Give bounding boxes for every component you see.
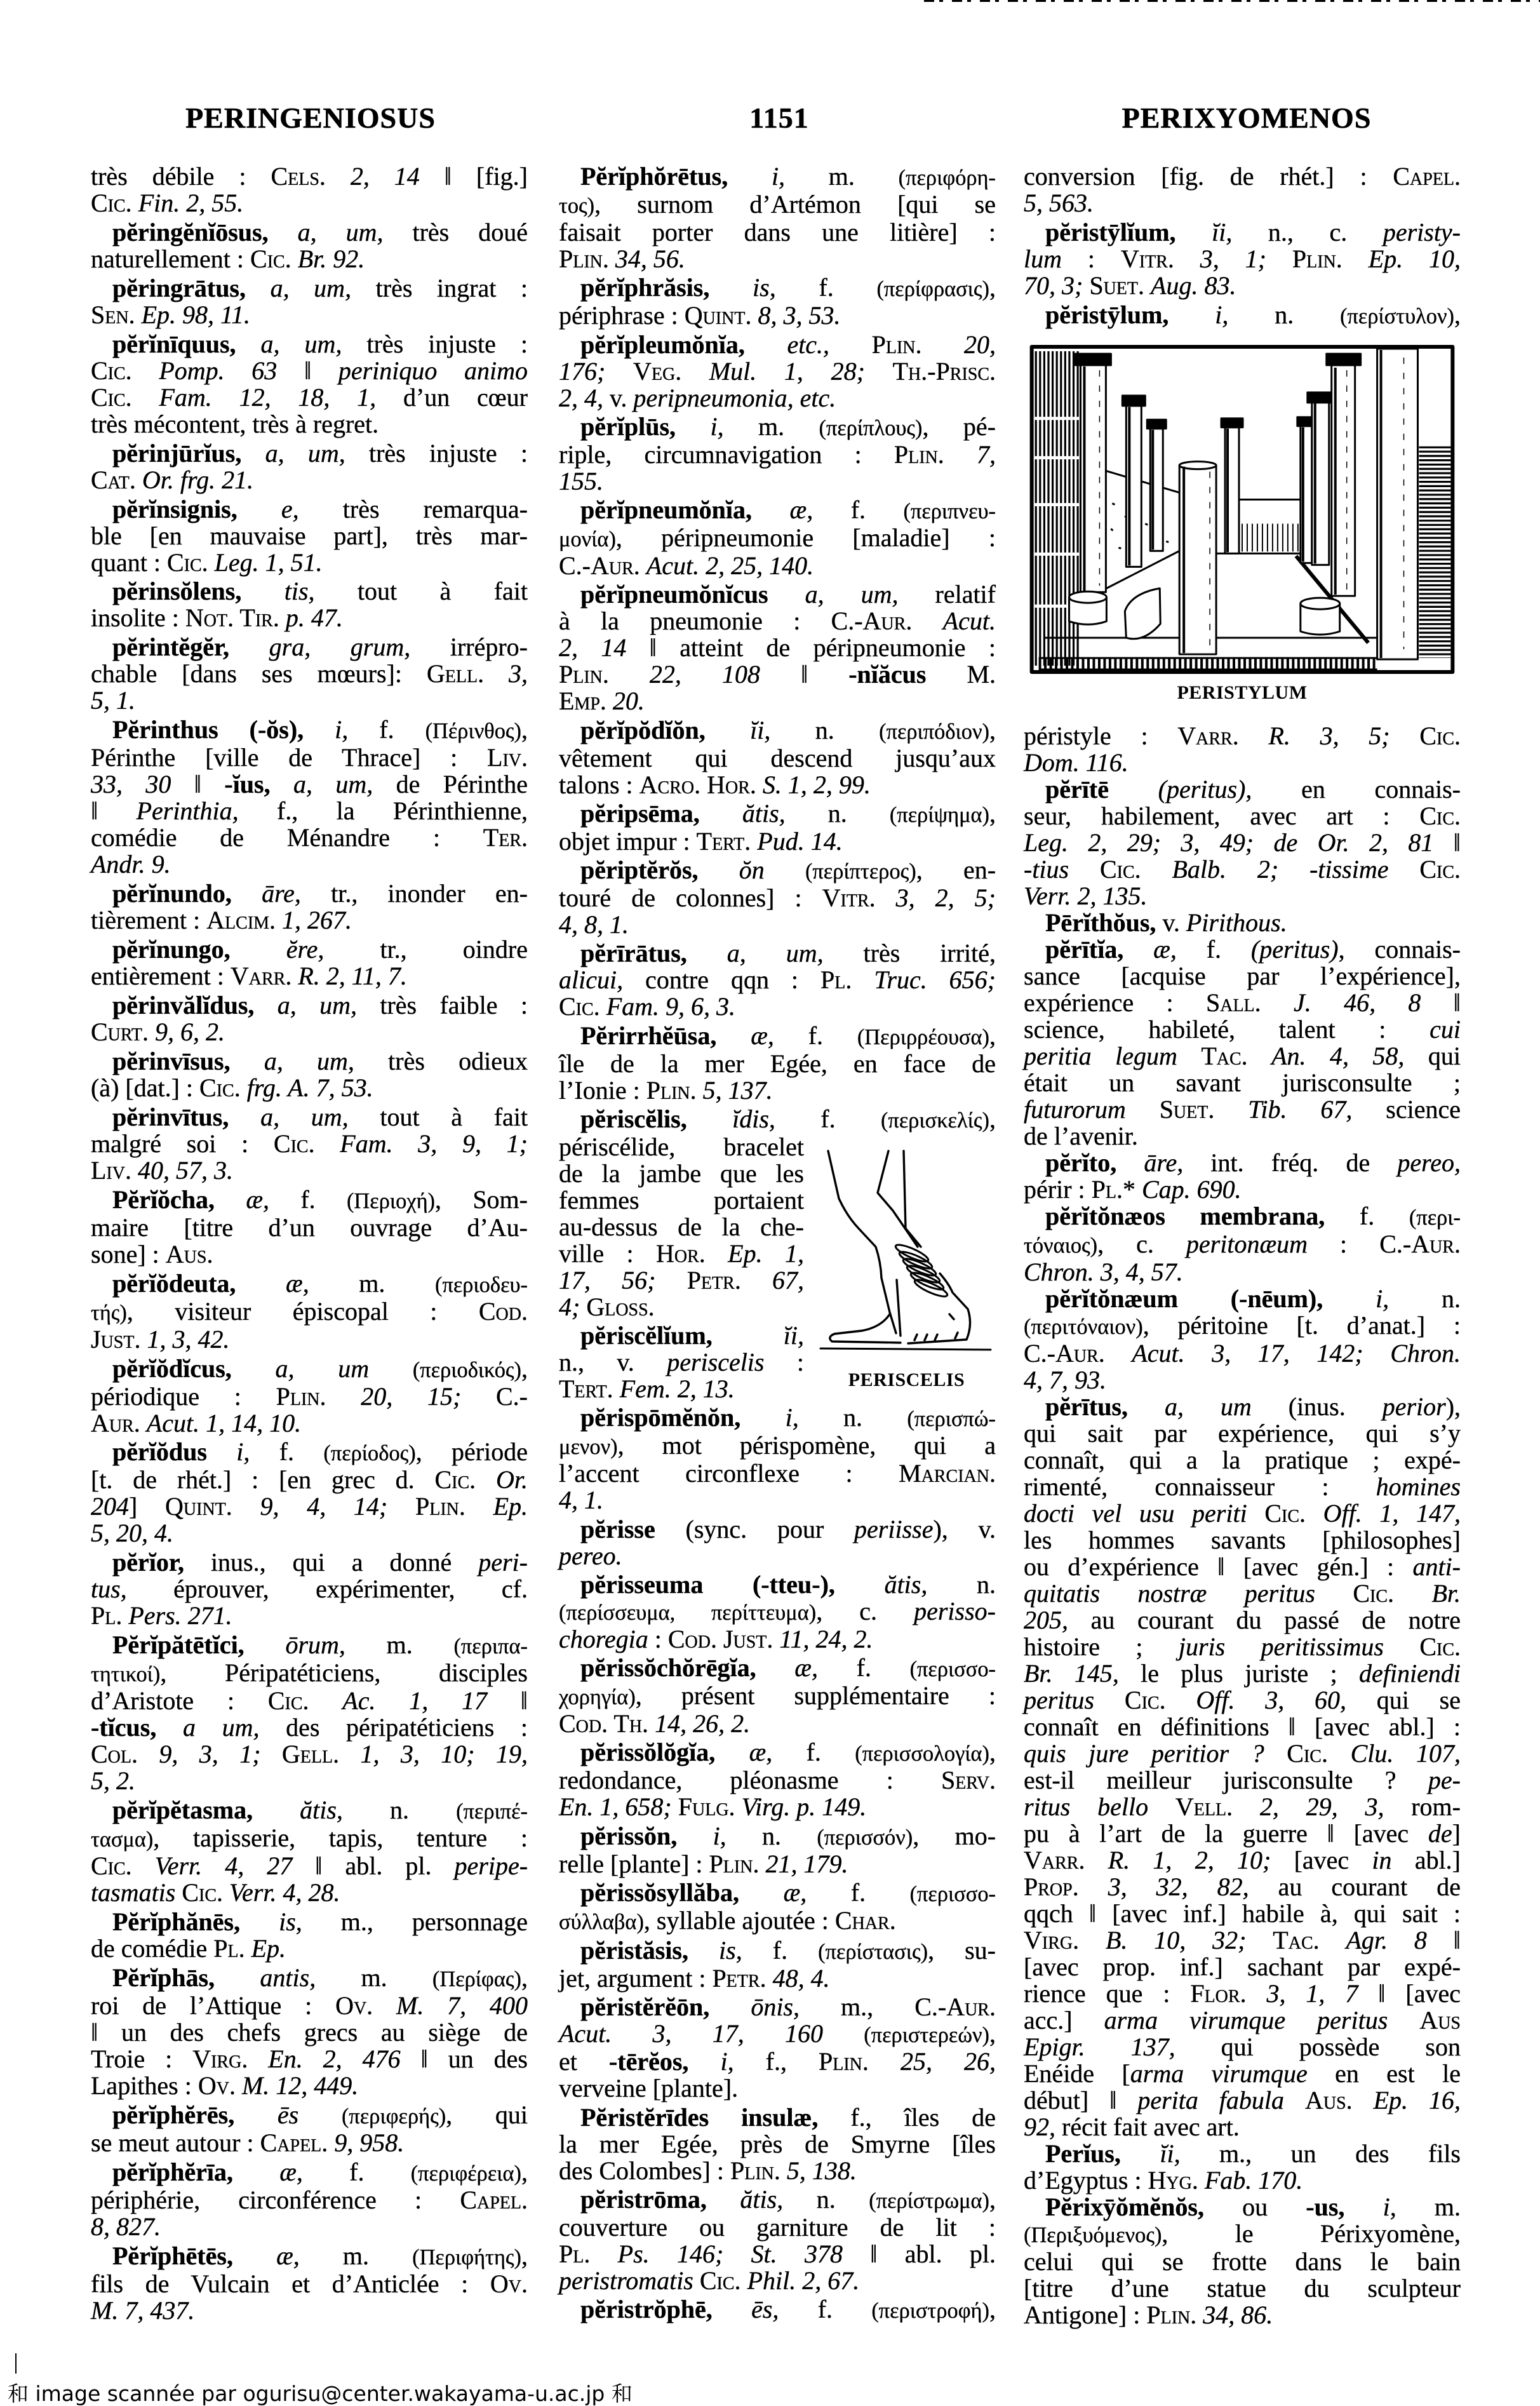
text-line: fils de Vulcain et d’Anticlée : Ov.: [91, 2271, 528, 2297]
author-abbreviation: Pl.: [559, 2240, 590, 2268]
italic-text: periniquo animo: [338, 356, 528, 385]
text-line: 5, 1.: [91, 687, 528, 714]
text-run: ,: [989, 716, 996, 744]
text-line: pĕrĭnsignis, e, très remarqua-: [91, 496, 528, 523]
italic-text: alicui,: [559, 965, 623, 994]
dictionary-entry: pĕrissŏsyllăba, æ, f. (περισσο-σύλλαβα),…: [559, 1879, 996, 1935]
text-line: périodique : Plin. 20, 15; C.-: [91, 1383, 528, 1410]
text-run: ]: [1452, 1819, 1461, 1848]
text-run: m.: [316, 1963, 432, 1992]
author-abbreviation: Plin.: [646, 1076, 697, 1105]
headword: Pĕrĭŏcha,: [112, 1185, 215, 1214]
text-line: pĕrisse (sync. pour periisse), v.: [559, 1516, 996, 1543]
italic-text: 20.: [613, 687, 645, 715]
text-run: [1246, 1926, 1273, 1954]
text-run: [773, 1625, 779, 1653]
italic-text: is,: [753, 273, 776, 302]
text-line: futurorum Suet. Tib. 67, science: [1024, 1096, 1461, 1123]
author-abbreviation: Suet.: [1160, 1095, 1215, 1124]
italic-text: i,: [1376, 1284, 1389, 1313]
author-abbreviation: Cic.: [1353, 1579, 1394, 1608]
text-run: , tapisserie, tapis, tenture :: [153, 1824, 528, 1852]
text-run: [241, 439, 265, 467]
text-run: pu à l’art de la guerre ‖ [avec: [1024, 1819, 1428, 1848]
text-line: Pl. Ps. 146; St. 378 ‖ abl. pl.: [559, 2241, 996, 2268]
text-run: , pé-: [923, 412, 996, 441]
headword: pĕrĭphrăsis,: [580, 273, 709, 302]
text-run: [922, 330, 965, 359]
text-run: [1144, 271, 1151, 300]
text-run: [1126, 1095, 1160, 1124]
scan-credit-footer: 和 image scannée par ogurisu@center.wakay…: [8, 2381, 633, 2406]
text-run: et: [559, 2047, 609, 2076]
italic-text: 20, 15;: [361, 1382, 461, 1411]
text-run: [122, 1601, 128, 1630]
text-run: ‖ un des: [401, 2045, 528, 2073]
italic-text: 5, 20, 4.: [91, 1519, 173, 1547]
text-run: [titre d’une statue du sculpteur: [1024, 2274, 1461, 2302]
text-line: pĕripsēma, ătis, n. (περίψημα),: [559, 800, 996, 828]
text-run: [876, 884, 896, 912]
author-abbreviation: Liv.: [487, 743, 528, 772]
text-line: n., v. periscelis :: [559, 1349, 804, 1376]
italic-text: Dom. 116.: [1024, 748, 1128, 777]
italic-text: tasmatis: [91, 1878, 175, 1907]
greek-text: (περιφερής): [342, 2104, 446, 2128]
text-run: [648, 1709, 655, 1738]
dictionary-entry: pĕriscĕlis, ĭdis, f. (περισκελίς),périsc…: [559, 1106, 996, 1321]
text-run: récit fait avec art.: [1055, 2113, 1240, 2141]
italic-text: ĕre,: [286, 935, 325, 964]
greek-text: (περιπνευ-: [904, 499, 996, 523]
author-abbreviation: Cic.: [274, 1129, 315, 1158]
text-line: peritia legum Tac. An. 4, 58, qui: [1024, 1043, 1461, 1070]
column-3-top: conversion [fig. de rhét.] : Capel.5, 56…: [1024, 163, 1461, 330]
text-run: périr :: [1024, 1175, 1092, 1204]
greek-text: (περιοδικός): [413, 1358, 521, 1382]
text-run: [238, 495, 281, 523]
dictionary-entry: pĕringĕnĭōsus, a, um, très douénaturelle…: [91, 219, 528, 272]
italic-text: 2, 4,: [559, 384, 603, 412]
headword: pĕristăsis,: [580, 1936, 688, 1965]
dictionary-entry: pĕrĭpleumŏnĭa, etc., Plin. 20,176; Veg. …: [559, 332, 996, 412]
text-run: [912, 607, 942, 635]
author-abbreviation: Ov.: [335, 1991, 373, 2020]
italic-text: 48, 4.: [773, 1964, 830, 1993]
text-line: d’Egyptus : Hyg. Fab. 170.: [1024, 2167, 1461, 2194]
author-abbreviation: C.-Aur.: [831, 607, 913, 635]
author-abbreviation: Cic.: [199, 1073, 241, 1102]
headword: pĕrinvītus,: [112, 1103, 229, 1131]
text-run: [751, 301, 758, 330]
headword: pĕrīrātus,: [580, 939, 687, 967]
text-run: femmes portaient: [559, 1186, 804, 1214]
text-run: ,: [989, 1738, 996, 1766]
text-run: [1128, 1392, 1165, 1421]
text-run: très faible :: [357, 991, 528, 1019]
italic-text: Ps. 146; St. 378: [618, 2240, 843, 2268]
italic-text: 3,: [509, 659, 528, 688]
text-run: [avec prop. inf.] sachant par expé-: [1024, 1952, 1461, 1981]
text-line: [titre d’une statue du sculpteur: [1024, 2275, 1461, 2302]
text-run: :: [648, 1625, 668, 1653]
italic-text: a, um: [1165, 1392, 1252, 1421]
text-run: [1390, 722, 1420, 750]
greek-text: μενον): [559, 1435, 618, 1459]
italic-text: peristromatis: [559, 2266, 693, 2295]
text-run: [676, 412, 710, 441]
text-run: v.: [603, 384, 633, 412]
text-run: au courant de: [1249, 1872, 1461, 1901]
italic-text: a, um,: [261, 330, 342, 358]
text-run: se meut autour :: [91, 2128, 260, 2157]
italic-text: R. 3, 5;: [1268, 722, 1389, 750]
text-run: [741, 1266, 772, 1294]
text-run: très remarqua-: [299, 495, 528, 523]
text-run: [1353, 2086, 1374, 2114]
text-run: [229, 1103, 260, 1131]
headword: pĕristrŏphē,: [580, 2295, 713, 2323]
dictionary-entry: pĕrĭpneumŏnĭa, æ, f. (περιπνευ-μονία), p…: [559, 497, 996, 579]
italic-text: æ,: [790, 495, 814, 524]
text-line: 33, 30 ‖ -ĭus, a, um, de Périnthe: [91, 771, 528, 798]
text-run: [328, 2128, 334, 2157]
text-run: très ingrat :: [351, 274, 528, 302]
italic-text: Leg. 1, 51.: [215, 548, 323, 577]
text-run: [234, 2100, 278, 2129]
dictionary-entry: Pĕrixȳŏmĕnŏs, ou -us, i, m.(Περιξυόμενος…: [1024, 2194, 1461, 2329]
author-abbreviation: Plin.: [872, 330, 922, 359]
italic-text: -tius: [1024, 855, 1069, 884]
italic-text: Verr. 2, 135.: [1024, 882, 1147, 910]
text-run: [244, 1630, 286, 1659]
text-run: [245, 1934, 251, 1963]
author-abbreviation: C.-Aur.: [1024, 1339, 1105, 1368]
text-run: n.: [783, 2185, 869, 2214]
text-run: [852, 965, 874, 994]
text-run: en connais-: [1252, 775, 1461, 803]
author-abbreviation: Cic.: [434, 1465, 476, 1494]
text-line: 5, 563.: [1024, 190, 1461, 217]
dictionary-page: PERINGENIOSUS 1151 PERIXYOMENOS très déb…: [0, 0, 1540, 2406]
text-line: pĕrissŏn, i, n. (περισσόν), mo-: [559, 1823, 996, 1851]
headword: pĕrinvălĭdus,: [112, 991, 254, 1019]
author-abbreviation: Cic.: [167, 548, 208, 577]
text-line: Pĕrĭphētēs, æ, m. (Περιφήτης),: [91, 2243, 528, 2271]
text-line: Cic. Fam. 9, 6, 3.: [559, 993, 996, 1020]
author-abbreviation: Cic.: [91, 189, 132, 217]
text-run: [759, 1850, 765, 1878]
text-run: ‖: [171, 770, 224, 798]
italic-text: perior: [1383, 1392, 1446, 1421]
greek-text: (περίοδος): [323, 1441, 415, 1465]
text-run: périodique :: [91, 1382, 276, 1411]
italic-text: Acut. 2, 25, 140.: [646, 551, 814, 580]
italic-text: homines: [1376, 1472, 1461, 1501]
text-run: [326, 1382, 361, 1411]
text-run: [240, 1907, 279, 1936]
italic-text: Fam. 3, 9, 1;: [340, 1129, 528, 1158]
italic-text: ĭi,: [1212, 218, 1232, 246]
text-line: Pĕrirrhĕūsa, æ, f. (Περιρρέουσα),: [559, 1023, 996, 1051]
text-line: τόναιος), c. peritonæum : C.-Aur.: [1024, 1231, 1461, 1259]
italic-text: 8, 3, 53.: [758, 301, 840, 330]
text-line: pĕrinjūrĭus, a, um, très injuste :: [91, 440, 528, 467]
text-run: verveine [plante].: [559, 2074, 738, 2102]
dictionary-entry: pĕrissŏlŏgĭa, æ, f. (περισσολογία),redon…: [559, 1739, 996, 1820]
text-line: Virg. B. 10, 32; Tac. Agr. 8 ‖: [1024, 1927, 1461, 1954]
text-line: naturellement : Cic. Br. 92.: [91, 246, 528, 272]
italic-text: 21, 179.: [765, 1850, 848, 1878]
italic-text: peritonæum: [1186, 1230, 1308, 1258]
headword: -nĭăcus: [848, 660, 926, 689]
dictionary-entry: pĕrĭpneumŏnĭcus a, um, relatifà la pneum…: [559, 581, 996, 715]
italic-text: i,: [1383, 2193, 1396, 2221]
text-run: (à) [dat.] :: [91, 1073, 199, 1102]
text-line: maire [titre d’un ouvrage d’Au-: [91, 1214, 528, 1241]
text-line: périphrase : Quint. 8, 3, 53.: [559, 302, 996, 329]
italic-text: B. 10, 32;: [1106, 1926, 1246, 1954]
author-abbreviation: Char.: [835, 1906, 896, 1935]
author-abbreviation: Hor.: [656, 1239, 706, 1268]
italic-text: 20,: [964, 330, 996, 359]
author-abbreviation: Cic.: [1419, 1632, 1461, 1661]
text-run: ‖ atteint de péripneumonie :: [626, 633, 996, 662]
text-run: [1384, 1632, 1419, 1661]
text-line: 5, 2.: [91, 1768, 528, 1794]
dictionary-entry: Pĕrirrhĕūsa, æ, f. (Περιρρέουσα),île de …: [559, 1023, 996, 1104]
text-line: et -tērĕos, i, f., Plin. 25, 26,: [559, 2048, 996, 2075]
text-run: abl.]: [1392, 1846, 1461, 1874]
text-run: , période: [416, 1437, 528, 1466]
headword: pĕrĭto,: [1045, 1148, 1116, 1177]
italic-text: definiendi: [1359, 1659, 1461, 1688]
text-run: rom-: [1384, 1792, 1461, 1821]
text-line: Cod. Th. 14, 26, 2.: [559, 1710, 996, 1737]
text-line: couverture ou garniture de lit :: [559, 2214, 996, 2241]
text-run: [715, 1738, 749, 1766]
text-line: 8, 827.: [91, 2214, 528, 2240]
greek-text: (Περιφήτης): [412, 2245, 521, 2269]
italic-text: Tib. 67,: [1248, 1095, 1352, 1124]
author-abbreviation: Plin.: [1292, 245, 1342, 273]
text-line: l’Ionie : Plin. 5, 137.: [559, 1077, 996, 1104]
headword: pĕristȳlĭum,: [1045, 218, 1176, 246]
italic-text: Ep.: [251, 1934, 286, 1963]
text-line: redondance, pléonasme : Serv.: [559, 1767, 996, 1794]
italic-text: a, um,: [260, 1103, 349, 1131]
text-line: Emp. 20.: [559, 688, 996, 715]
text-line: au-dessus de la che-: [559, 1214, 804, 1240]
column-1: très débile : Cels. 2, 14 ‖ [fig.]Cic. F…: [91, 163, 528, 2324]
author-abbreviation: Flor.: [1190, 1979, 1246, 2008]
text-line: Sen. Ep. 98, 11.: [91, 302, 528, 328]
text-run: ,: [989, 1021, 996, 1050]
text-run: très odieux: [354, 1047, 528, 1075]
text-run: [1247, 1979, 1267, 2008]
author-abbreviation: Liv.: [91, 1156, 131, 1185]
text-run: qqch ‖ [avec inf.] habile à, qui sait :: [1024, 1899, 1461, 1928]
author-abbreviation: Tac.: [1201, 1042, 1247, 1070]
text-run: objet impur :: [559, 827, 697, 856]
italic-text: a, um,: [298, 218, 384, 246]
text-run: , Som-: [435, 1185, 528, 1214]
text-run: insolite :: [91, 603, 185, 632]
headword: pĕrĭŏdeuta,: [112, 1269, 236, 1298]
italic-text: Fem. 2, 13.: [620, 1374, 735, 1403]
italic-text: M. 7, 437.: [91, 2296, 194, 2325]
text-run: m.: [724, 412, 819, 441]
text-line: Pl. Pers. 271.: [91, 1603, 528, 1629]
text-run: [132, 189, 138, 217]
text-run: connaît en définitions ‖ [avec abl.] :: [1024, 1712, 1461, 1741]
greek-text: (περιστροφή): [871, 2299, 989, 2323]
text-run: [339, 1740, 360, 1768]
greek-text: (Πέρινθος): [425, 719, 521, 743]
text-run: ,: [989, 799, 996, 828]
dictionary-entry: pĕrĭnundo, āre, tr., inonder en-tièremen…: [91, 880, 528, 934]
text-run: qui: [1404, 1042, 1461, 1070]
page-number: 1151: [716, 104, 843, 133]
text-line: pĕrissŏsyllăba, æ, f. (περισσο-: [559, 1879, 996, 1907]
italic-text: ĭdis,: [732, 1105, 775, 1133]
text-run: [751, 827, 757, 856]
dictionary-entry: pĕrĭphĕrīa, æ, f. (περιφέρεια),périphéri…: [91, 2159, 528, 2240]
dictionary-entry: conversion [fig. de rhét.] : Capel.5, 56…: [1024, 163, 1461, 217]
text-run: [326, 162, 351, 191]
headword: pĕrĭŏdĭcus,: [112, 1354, 232, 1383]
italic-text: 34, 86.: [1203, 2301, 1273, 2329]
italic-text: 2, 14: [559, 633, 626, 662]
italic-text: 40, 57, 3.: [138, 1156, 233, 1185]
text-run: [1177, 1042, 1201, 1070]
text-line: très débile : Cels. 2, 14 ‖ [fig.]: [91, 163, 528, 190]
author-abbreviation: Ov.: [490, 2269, 528, 2298]
text-run: [175, 1878, 182, 1907]
italic-text: i,: [236, 1437, 250, 1466]
dictionary-entry: pĕringrātus, a, um, très ingrat :Sen. Ep…: [91, 275, 528, 328]
text-line: pĕrĭphrăsis, is, f. (περίφρασις),: [559, 274, 996, 302]
italic-text: Pirithous.: [1186, 908, 1287, 937]
text-run: [231, 935, 286, 964]
text-run: ‖: [277, 356, 338, 385]
text-run: tout à fait: [349, 1103, 528, 1131]
text-run: f.: [1325, 1202, 1409, 1230]
text-line: à la pneumonie : C.-Aur. Acut.: [559, 608, 996, 635]
text-run: [1342, 245, 1369, 273]
author-abbreviation: Cat.: [91, 466, 136, 494]
text-run: , surnom d’Artémon [qui se: [594, 190, 996, 218]
greek-text: (περίπτερος): [805, 859, 916, 884]
scan-margin-mark: [15, 2353, 17, 2374]
column-3-bottom: péristyle : Varr. R. 3, 5; Cic.Dom. 116.…: [1024, 723, 1461, 2324]
italic-text: Verr. 4, 27: [155, 1852, 293, 1880]
headword: -tērĕos,: [609, 2047, 688, 2076]
text-line: -tĭcus, a um, des péripatéticiens :: [91, 1714, 528, 1741]
dictionary-entry: pĕrinjūrĭus, a, um, très injuste :Cat. O…: [91, 440, 528, 494]
text-line: pĕringrātus, a, um, très ingrat :: [91, 275, 528, 302]
text-line: pĕristȳlĭum, ĭi, n., c. peristy-: [1024, 219, 1461, 246]
text-line: périphérie, circonférence : Capel.: [91, 2187, 528, 2214]
text-line: pĕrĭto, āre, int. fréq. de pereo,: [1024, 1150, 1461, 1176]
text-run: [1121, 2139, 1160, 2168]
headword: pĕrĭŏdus: [112, 1437, 207, 1466]
italic-text: æ,: [276, 2241, 300, 2270]
running-head-left: PERINGENIOSUS: [152, 104, 469, 133]
text-run: le plus juriste ;: [1119, 1659, 1359, 1688]
headword: pĕrĭpleumŏnĭa,: [580, 330, 745, 359]
text-line: ‖ un des chefs grecs au siège de: [91, 2019, 528, 2046]
italic-text: futurorum: [1024, 1095, 1126, 1124]
text-run: ,: [989, 2019, 996, 2048]
author-abbreviation: Pl.: [820, 965, 852, 994]
text-run: (inus.: [1252, 1392, 1383, 1421]
text-run: [253, 1796, 300, 1824]
text-run: au courant du passé de notre: [1068, 1606, 1461, 1634]
dictionary-entry: pĕrītus, a, um (inus. perior),qui sait p…: [1024, 1394, 1461, 2141]
text-line: périr : Pl.* Cap. 690.: [1024, 1176, 1461, 1203]
text-line: Just. 1, 3, 42.: [91, 1326, 528, 1353]
italic-text: lum: [1024, 245, 1062, 273]
italic-text: 11, 24, 2.: [779, 1625, 873, 1653]
text-line: pĕrissŏlŏgĭa, æ, f. (περισσολογία),: [559, 1739, 996, 1767]
text-run: [1079, 1872, 1108, 1901]
text-run: irrépro-: [410, 633, 528, 661]
italic-text: i,: [720, 2047, 733, 2076]
italic-text: Acut. 1, 14, 10.: [147, 1409, 301, 1437]
text-line: 176; Veg. Mul. 1, 28; Th.-Prisc.: [559, 358, 996, 385]
headword: pĕriptĕrŏs,: [580, 856, 699, 884]
italic-text: æ,: [1153, 935, 1177, 964]
text-line: pĕrĭpĕtasma, ătis, n. (περιπέ-: [91, 1797, 528, 1825]
author-abbreviation: Tert.: [697, 827, 751, 856]
italic-text: peripneumonia, etc.: [633, 384, 836, 412]
text-run: tr., inonder en-: [301, 879, 528, 908]
italic-text: ritus bello: [1024, 1792, 1148, 1821]
italic-text: 5, 137.: [703, 1076, 773, 1105]
italic-text: 70, 3;: [1024, 271, 1083, 300]
text-run: , péritoine [t. d’anat.] :: [1143, 1311, 1461, 1340]
author-abbreviation: Vell.: [1175, 1792, 1233, 1821]
text-line: Acut. 3, 17, 160 (περιστερεών),: [559, 2020, 996, 2048]
italic-text: æ,: [286, 1269, 309, 1298]
text-line: Lapithes : Ov. M. 12, 449.: [91, 2073, 528, 2099]
text-line: Cat. Or. frg. 21.: [91, 467, 528, 494]
text-run: ,: [521, 2158, 528, 2186]
headword: pĕrĭnungo,: [112, 935, 231, 964]
italic-text: ătis,: [742, 799, 786, 828]
author-abbreviation: Capel.: [260, 2128, 328, 2157]
text-run: [609, 245, 615, 273]
dictionary-entry: pĕrĭphrăsis, is, f. (περίφρασις),périphr…: [559, 274, 996, 329]
text-line: pĕrintĕgĕr, gra, grum, irrépro-: [91, 634, 528, 661]
author-abbreviation: Cels.: [271, 162, 325, 191]
italic-text: Acut.: [943, 607, 996, 635]
text-run: talons :: [559, 770, 639, 799]
text-line: Plin. 22, 108 ‖ -nĭăcus M.: [559, 661, 996, 688]
text-line: σύλλαβα), syllable ajoutée : Char.: [559, 1907, 996, 1935]
dictionary-entry: pĕristĕrĕōn, ōnis, m., C.-Aur.Acut. 3, 1…: [559, 1994, 996, 2102]
text-line: acc.] arma virumque peritus Aus: [1024, 2007, 1461, 2034]
italic-text: Ep. 98, 11.: [142, 300, 250, 329]
headword: pĕrĭnundo,: [112, 879, 232, 908]
text-run: très irrité,: [824, 939, 996, 967]
author-abbreviation: Aus: [1419, 2006, 1461, 2034]
italic-text: de: [1428, 1819, 1452, 1848]
author-abbreviation: Serv.: [941, 1766, 996, 1794]
text-line: pĕristrōma, ătis, n. (περίστρωμα),: [559, 2186, 996, 2214]
dictionary-entry: péristyle : Varr. R. 3, 5; Cic.Dom. 116.: [1024, 723, 1461, 776]
